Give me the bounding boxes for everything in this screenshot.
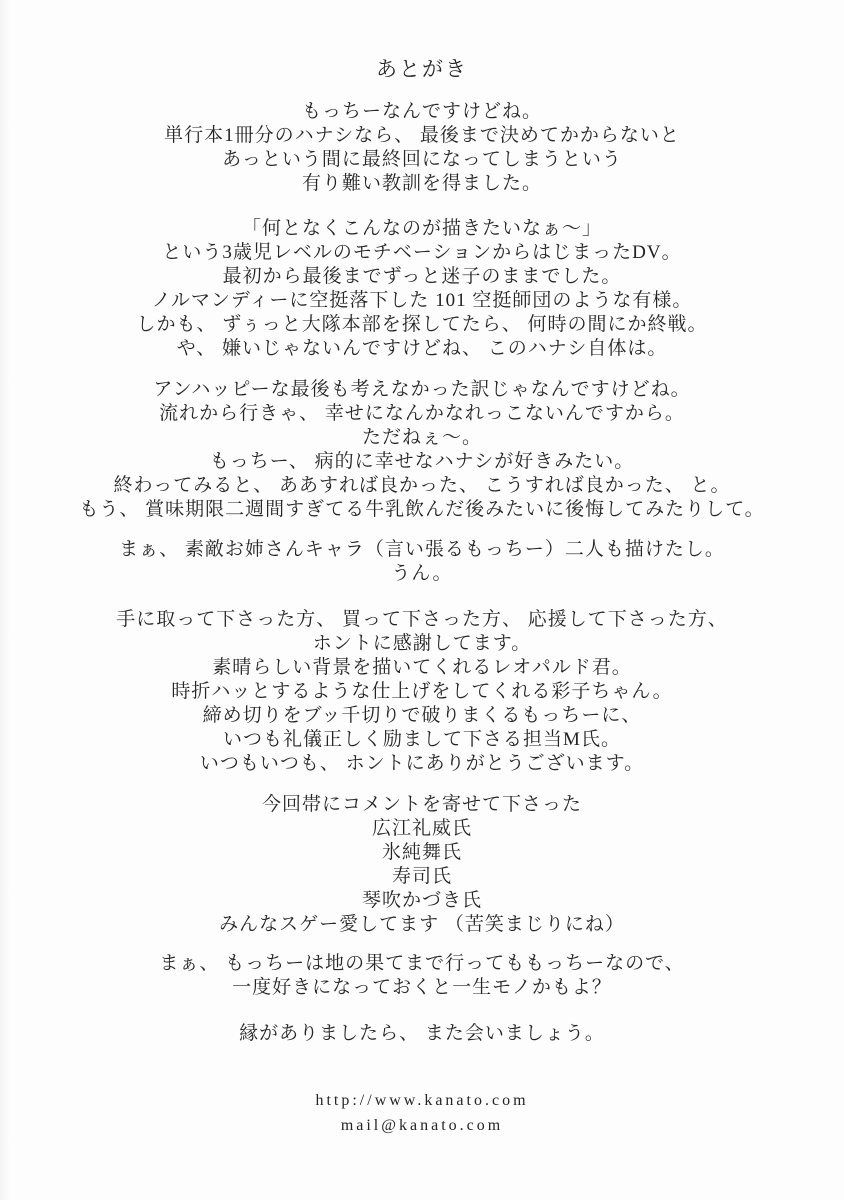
email-address: mail@kanato.com (0, 1113, 844, 1138)
afterword-line: や、 嫌いじゃないんですけどね、 このハナシ自体は。 (0, 337, 844, 361)
afterword-line: 有り難い教訓を得ました。 (0, 172, 844, 196)
afterword-line: 流れから行きゃ、 幸せになんかなれっこないんですから。 (0, 402, 844, 426)
afterword-line: 一度好きになっておくと一生モノかもよ？ (0, 976, 844, 1000)
paragraph-farewell: 縁がありましたら、 また会いましょう。 (0, 1022, 844, 1046)
credit-name: 氷純舞氏 (0, 841, 844, 865)
paragraph-thanks: 手に取って下さった方、 買って下さった方、 応援して下さった方、 ホントに感謝し… (0, 608, 844, 776)
afterword-line: あっという間に最終回になってしまうという (0, 148, 844, 172)
afterword-page: あとがき もっちーなんですけどね。 単行本1冊分のハナシなら、 最後まで決めてか… (0, 0, 844, 1200)
afterword-line: 手に取って下さった方、 買って下さった方、 応援して下さった方、 (0, 608, 844, 632)
afterword-line: ホントに感謝してます。 (0, 632, 844, 656)
paragraph-comment-credits: 今回帯にコメントを寄せて下さった 広江礼威氏 氷純舞氏 寿司氏 琴吹かづき氏 み… (0, 793, 844, 937)
afterword-line: もう、 賞味期限二週間すぎてる牛乳飲んだ後みたいに後悔してみたりして。 (0, 498, 844, 522)
paragraph-ending-thoughts: アンハッピーな最後も考えなかった訳じゃなんですけどね。 流れから行きゃ、 幸せに… (0, 378, 844, 522)
afterword-line: 今回帯にコメントを寄せて下さった (0, 793, 844, 817)
afterword-line: いつもいつも、 ホントにありがとうございます。 (0, 752, 844, 776)
afterword-line: 縁がありましたら、 また会いましょう。 (0, 1022, 844, 1046)
afterword-line: 終わってみると、 ああすれば良かった、 こうすれば良かった、 と。 (0, 474, 844, 498)
afterword-line: という3歳児レベルのモチベーションからはじまったDV。 (0, 241, 844, 265)
credit-name: 琴吹かづき氏 (0, 889, 844, 913)
afterword-line: 素晴らしい背景を描いてくれるレオパルド君。 (0, 656, 844, 680)
afterword-line: 締め切りをブッ千切りで破りまくるもっちーに、 (0, 704, 844, 728)
afterword-line: うん。 (0, 562, 844, 586)
afterword-line: いつも礼儀正しく励まして下さる担当M氏。 (0, 728, 844, 752)
afterword-line: まぁ、 もっちーは地の果てまで行ってももっちーなので、 (0, 952, 844, 976)
contact-footer: http://www.kanato.com mail@kanato.com (0, 1088, 844, 1138)
credit-name: 広江礼威氏 (0, 817, 844, 841)
afterword-line: ただねぇ～。 (0, 426, 844, 450)
afterword-line: アンハッピーな最後も考えなかった訳じゃなんですけどね。 (0, 378, 844, 402)
afterword-line: 単行本1冊分のハナシなら、 最後まで決めてかからないと (0, 124, 844, 148)
website-url: http://www.kanato.com (0, 1088, 844, 1113)
paragraph-motivation: 「何となくこんなのが描きたいなぁ～」 という3歳児レベルのモチベーションからはじ… (0, 217, 844, 361)
afterword-line: もっちー、 病的に幸せなハナシが好きみたい。 (0, 450, 844, 474)
afterword-line: もっちーなんですけどね。 (0, 100, 844, 124)
afterword-line: みんなスゲー愛してます （苦笑まじりにね） (0, 913, 844, 937)
paragraph-mocchi: まぁ、 もっちーは地の果てまで行ってももっちーなので、 一度好きになっておくと一… (0, 952, 844, 1000)
page-title: あとがき (0, 56, 844, 82)
afterword-line: 時折ハッとするような仕上げをしてくれる彩子ちゃん。 (0, 680, 844, 704)
afterword-line: しかも、 ずぅっと大隊本部を探してたら、 何時の間にか終戦。 (0, 313, 844, 337)
afterword-line: 「何となくこんなのが描きたいなぁ～」 (0, 217, 844, 241)
credit-name: 寿司氏 (0, 865, 844, 889)
afterword-line: 最初から最後までずっと迷子のままでした。 (0, 265, 844, 289)
paragraph-intro: もっちーなんですけどね。 単行本1冊分のハナシなら、 最後まで決めてかからないと… (0, 100, 844, 196)
afterword-line: まぁ、 素敵お姉さんキャラ（言い張るもっちー）二人も描けたし。 (0, 538, 844, 562)
afterword-line: ノルマンディーに空挺落下した 101 空挺師団のような有様。 (0, 289, 844, 313)
paragraph-characters: まぁ、 素敵お姉さんキャラ（言い張るもっちー）二人も描けたし。 うん。 (0, 538, 844, 586)
